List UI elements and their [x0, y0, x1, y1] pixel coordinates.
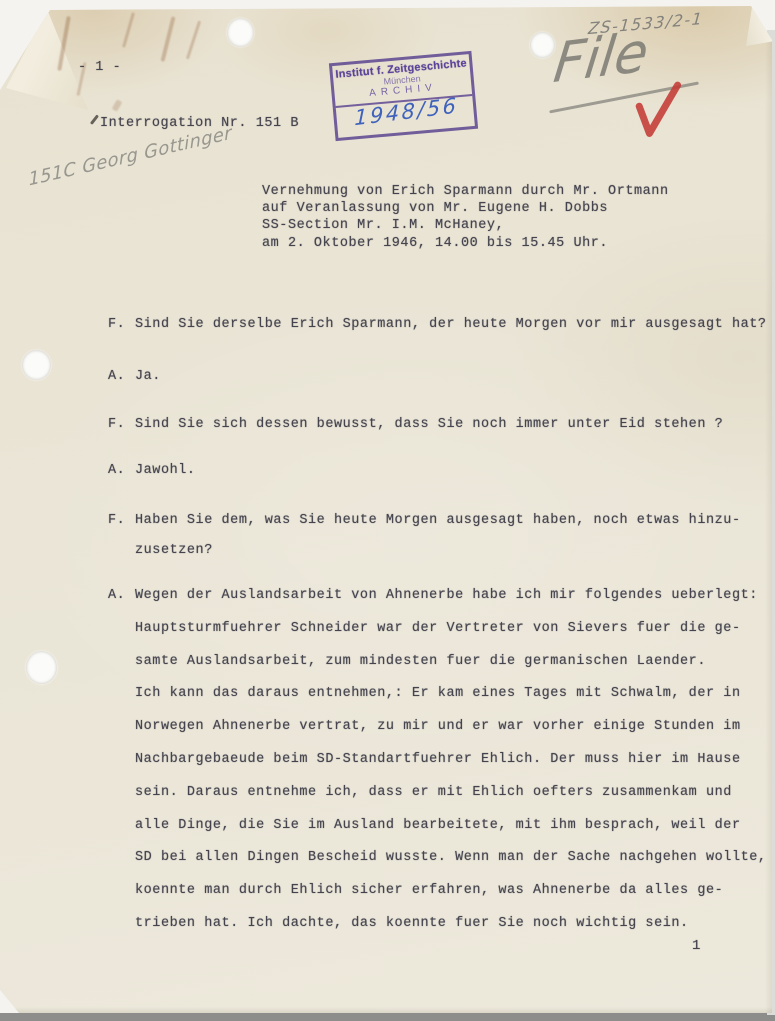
punch-hole: [530, 32, 555, 58]
page-number: 1: [692, 938, 701, 954]
qa-line: trieben hat. Ich dachte, das koennte fue…: [135, 908, 767, 941]
qa-line: koennte man durch Ehlich sicher erfahren…: [135, 875, 767, 908]
rust-stain: [160, 16, 175, 61]
qa-line: Nachbargebaeude beim SD-Standartfuehrer …: [135, 744, 767, 777]
name-note-handwriting: 151C Georg Gottinger: [28, 122, 232, 190]
rust-stain: [122, 12, 135, 47]
page-header: - 1 -: [78, 60, 121, 75]
qa-line: Jawohl.: [135, 462, 196, 480]
speaker-label: F.: [108, 506, 135, 566]
qa-line: Wegen der Auslandsarbeit von Ahnenerbe h…: [135, 580, 767, 613]
qa-line: alle Dinge, die Sie im Ausland bearbeite…: [135, 810, 767, 843]
folded-corner-top-right: [742, 4, 775, 49]
session-header-line: Vernehmung von Erich Sparmann durch Mr. …: [262, 183, 669, 200]
qa-line: sein. Daraus entnehme ich, dass er mit E…: [135, 777, 767, 810]
session-header-block: Vernehmung von Erich Sparmann durch Mr. …: [262, 183, 669, 252]
qa-line: Ja.: [135, 368, 161, 386]
scanner-background-strip: [0, 1013, 775, 1021]
archive-stamp: Institut f. Zeitgeschichte München ARCHI…: [329, 51, 478, 141]
paper-sheet: - 1 - Interrogation Nr. 151 B Vernehmung…: [0, 0, 775, 1021]
session-header-line: SS-Section Mr. I.M. McHaney,: [262, 217, 669, 234]
qa-line: Norwegen Ahnenerbe vertrat, zu mir und e…: [135, 711, 767, 744]
speaker-label: F.: [108, 316, 135, 334]
qa-entry-answer-3: A. Wegen der Auslandsarbeit von Ahnenerb…: [108, 580, 767, 941]
pencil-tick-mark: [90, 114, 99, 124]
qa-line: zusetzen?: [135, 536, 741, 566]
qa-line: Sind Sie derselbe Erich Sparmann, der he…: [135, 316, 767, 334]
punch-hole: [26, 651, 57, 684]
speaker-label: A.: [108, 368, 135, 386]
session-header-line: auf Veranlassung von Mr. Eugene H. Dobbs: [262, 200, 669, 217]
punch-hole: [22, 350, 51, 380]
qa-line: SD bei allen Dingen Bescheid wusste. Wen…: [135, 842, 767, 875]
qa-line: Haben Sie dem, was Sie heute Morgen ausg…: [135, 506, 741, 536]
qa-entry-question-3: F. Haben Sie dem, was Sie heute Morgen a…: [108, 506, 741, 566]
qa-entry-question-2: F. Sind Sie sich dessen bewusst, dass Si…: [108, 416, 723, 434]
red-checkmark-icon: [629, 76, 683, 143]
qa-entry-answer-2: A. Jawohl.: [108, 462, 196, 480]
qa-line: Sind Sie sich dessen bewusst, dass Sie n…: [135, 416, 723, 434]
qa-entry-answer-1: A. Ja.: [108, 368, 161, 386]
scanned-document-page: - 1 - Interrogation Nr. 151 B Vernehmung…: [0, 0, 775, 1021]
speaker-label: A.: [108, 580, 135, 941]
qa-line: Hauptsturmfuehrer Schneider war der Vert…: [135, 613, 767, 646]
rust-stain: [112, 99, 123, 112]
qa-line: samte Auslandsarbeit, zum mindesten fuer…: [135, 646, 767, 679]
rust-stain: [186, 21, 201, 60]
qa-line: Ich kann das daraus entnehmen,: Er kam e…: [135, 678, 767, 711]
session-header-line: am 2. Oktober 1946, 14.00 bis 15.45 Uhr.: [262, 235, 669, 252]
punch-hole: [227, 18, 254, 47]
speaker-label: F.: [108, 416, 135, 434]
speaker-label: A.: [108, 462, 135, 480]
qa-entry-question-1: F. Sind Sie derselbe Erich Sparmann, der…: [108, 316, 767, 334]
